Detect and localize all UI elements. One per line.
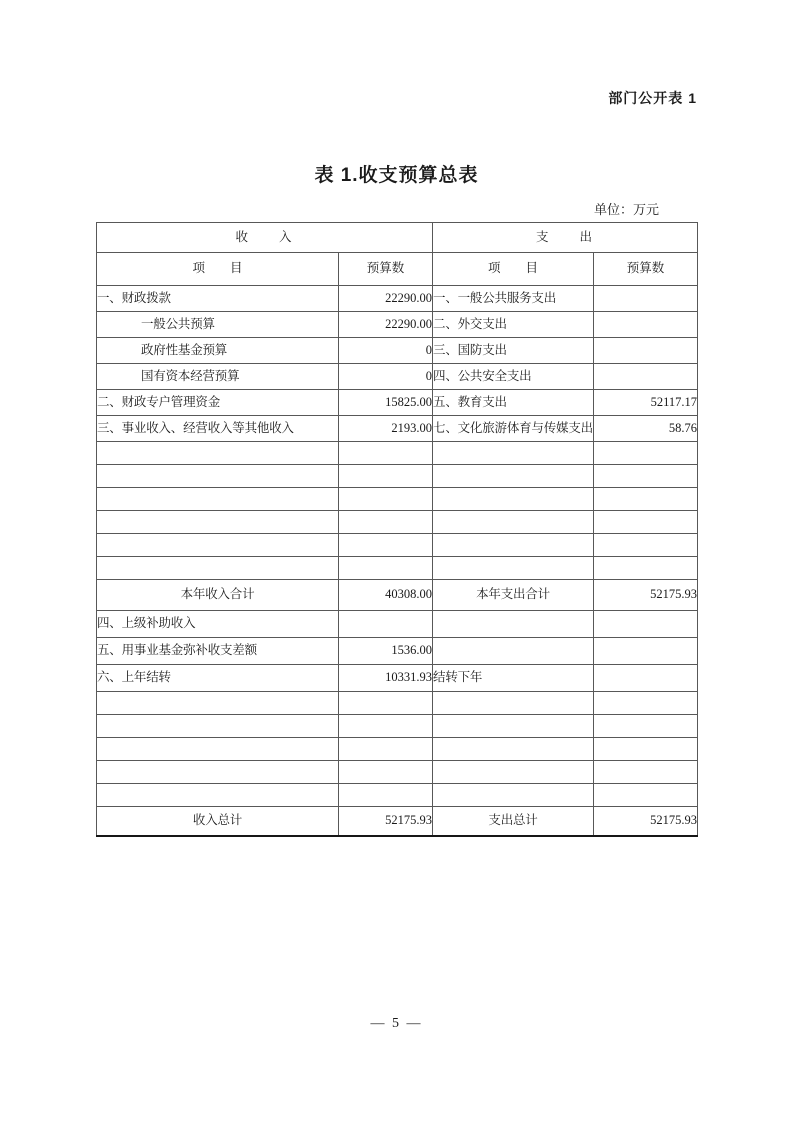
income-value-cell (339, 738, 433, 761)
table-row (97, 442, 698, 465)
expense-value-cell (594, 761, 698, 784)
income-value-cell (339, 761, 433, 784)
expense-budget-column-header: 预算数 (594, 253, 698, 286)
table-row (97, 761, 698, 784)
income-item-cell (97, 715, 339, 738)
expense-value-cell (594, 715, 698, 738)
income-item-cell (97, 442, 339, 465)
table-row: 六、上年结转10331.93结转下年 (97, 665, 698, 692)
income-value-cell: 1536.00 (339, 638, 433, 665)
expense-item-cell (433, 442, 594, 465)
income-item-cell: 一般公共预算 (97, 312, 339, 338)
income-budget-column-header: 预算数 (339, 253, 433, 286)
table-row: 二、财政专户管理资金15825.00五、教育支出52117.17 (97, 390, 698, 416)
income-item-cell (97, 557, 339, 580)
expense-value-cell (594, 364, 698, 390)
expense-value-cell (594, 511, 698, 534)
income-item-cell: 四、上级补助收入 (97, 611, 339, 638)
expense-item-cell: 三、国防支出 (433, 338, 594, 364)
table-row (97, 557, 698, 580)
income-value-cell (339, 784, 433, 807)
income-item-cell: 收入总计 (97, 807, 339, 837)
expense-value-cell: 52175.93 (594, 807, 698, 837)
table-row: 收入总计52175.93支出总计52175.93 (97, 807, 698, 837)
expense-item-cell (433, 557, 594, 580)
budget-table: 收 入 支 出 项 目 预算数 项 目 预算数 一、财政拨款22290.00一、… (96, 222, 698, 837)
income-value-cell (339, 465, 433, 488)
expense-item-cell (433, 692, 594, 715)
document-content: 部门公开表 1 表 1.收支预算总表 单位：万元 收 入 支 出 项 目 预算数… (96, 0, 697, 837)
expense-item-cell (433, 611, 594, 638)
expense-value-cell (594, 488, 698, 511)
expense-item-cell: 结转下年 (433, 665, 594, 692)
income-item-cell: 国有资本经营预算 (97, 364, 339, 390)
income-value-cell: 0 (339, 338, 433, 364)
table-row (97, 784, 698, 807)
income-item-cell: 二、财政专户管理资金 (97, 390, 339, 416)
income-value-cell: 52175.93 (339, 807, 433, 837)
expense-value-cell (594, 665, 698, 692)
expense-item-column-header: 项 目 (433, 253, 594, 286)
income-item-cell: 政府性基金预算 (97, 338, 339, 364)
expense-item-cell (433, 715, 594, 738)
income-item-cell (97, 488, 339, 511)
income-item-cell: 五、用事业基金弥补收支差额 (97, 638, 339, 665)
income-item-cell (97, 534, 339, 557)
income-value-cell: 22290.00 (339, 312, 433, 338)
group-header-row: 收 入 支 出 (97, 223, 698, 253)
table-row (97, 715, 698, 738)
unit-label: 单位：万元 (96, 199, 697, 218)
income-item-cell (97, 738, 339, 761)
income-item-cell (97, 761, 339, 784)
page-title: 表 1.收支预算总表 (96, 160, 697, 187)
income-value-cell (339, 488, 433, 511)
income-value-cell (339, 511, 433, 534)
income-item-cell (97, 692, 339, 715)
income-item-cell: 三、事业收入、经营收入等其他收入 (97, 416, 339, 442)
income-item-cell: 一、财政拨款 (97, 286, 339, 312)
table-row (97, 465, 698, 488)
income-value-cell: 22290.00 (339, 286, 433, 312)
expense-item-cell: 支出总计 (433, 807, 594, 837)
table-row: 政府性基金预算0三、国防支出 (97, 338, 698, 364)
expense-value-cell (594, 557, 698, 580)
expense-item-cell (433, 465, 594, 488)
table-row: 三、事业收入、经营收入等其他收入2193.00七、文化旅游体育与传媒支出58.7… (97, 416, 698, 442)
budget-table-header: 收 入 支 出 项 目 预算数 项 目 预算数 (97, 223, 698, 286)
income-value-cell (339, 534, 433, 557)
income-value-cell (339, 557, 433, 580)
income-value-cell (339, 442, 433, 465)
expense-group-header: 支 出 (433, 223, 698, 253)
income-value-cell (339, 692, 433, 715)
table-row: 四、上级补助收入 (97, 611, 698, 638)
document-page: 部门公开表 1 表 1.收支预算总表 单位：万元 收 入 支 出 项 目 预算数… (0, 0, 793, 1122)
table-row: 本年收入合计40308.00本年支出合计52175.93 (97, 580, 698, 611)
table-row: 国有资本经营预算0四、公共安全支出 (97, 364, 698, 390)
expense-value-cell (594, 442, 698, 465)
expense-value-cell (594, 611, 698, 638)
expense-value-cell (594, 286, 698, 312)
income-value-cell: 2193.00 (339, 416, 433, 442)
expense-item-cell: 五、教育支出 (433, 390, 594, 416)
expense-item-cell (433, 784, 594, 807)
expense-value-cell (594, 312, 698, 338)
expense-value-cell: 52117.17 (594, 390, 698, 416)
expense-value-cell (594, 534, 698, 557)
expense-value-cell (594, 338, 698, 364)
expense-item-cell: 本年支出合计 (433, 580, 594, 611)
income-value-cell: 10331.93 (339, 665, 433, 692)
income-value-cell (339, 611, 433, 638)
income-item-cell: 六、上年结转 (97, 665, 339, 692)
income-item-cell: 本年收入合计 (97, 580, 339, 611)
income-item-cell (97, 511, 339, 534)
income-value-cell: 40308.00 (339, 580, 433, 611)
income-group-header: 收 入 (97, 223, 433, 253)
income-item-cell (97, 465, 339, 488)
page-number: — 5 — (0, 1016, 793, 1032)
expense-item-cell: 二、外交支出 (433, 312, 594, 338)
expense-item-cell: 七、文化旅游体育与传媒支出 (433, 416, 594, 442)
expense-item-cell (433, 511, 594, 534)
expense-value-cell: 52175.93 (594, 580, 698, 611)
table-row (97, 534, 698, 557)
expense-value-cell (594, 692, 698, 715)
expense-item-cell (433, 534, 594, 557)
table-row (97, 692, 698, 715)
table-row (97, 488, 698, 511)
income-value-cell (339, 715, 433, 738)
corner-label: 部门公开表 1 (96, 88, 697, 108)
budget-table-body: 一、财政拨款22290.00一、一般公共服务支出一般公共预算22290.00二、… (97, 286, 698, 837)
column-header-row: 项 目 预算数 项 目 预算数 (97, 253, 698, 286)
expense-item-cell (433, 488, 594, 511)
expense-item-cell (433, 761, 594, 784)
income-item-column-header: 项 目 (97, 253, 339, 286)
expense-item-cell: 四、公共安全支出 (433, 364, 594, 390)
expense-item-cell (433, 638, 594, 665)
income-item-cell (97, 784, 339, 807)
table-row: 一、财政拨款22290.00一、一般公共服务支出 (97, 286, 698, 312)
table-row: 一般公共预算22290.00二、外交支出 (97, 312, 698, 338)
income-value-cell: 15825.00 (339, 390, 433, 416)
expense-value-cell (594, 465, 698, 488)
expense-item-cell (433, 738, 594, 761)
expense-value-cell (594, 784, 698, 807)
income-value-cell: 0 (339, 364, 433, 390)
expense-value-cell: 58.76 (594, 416, 698, 442)
expense-item-cell: 一、一般公共服务支出 (433, 286, 594, 312)
table-row (97, 511, 698, 534)
expense-value-cell (594, 738, 698, 761)
table-row: 五、用事业基金弥补收支差额1536.00 (97, 638, 698, 665)
table-row (97, 738, 698, 761)
expense-value-cell (594, 638, 698, 665)
